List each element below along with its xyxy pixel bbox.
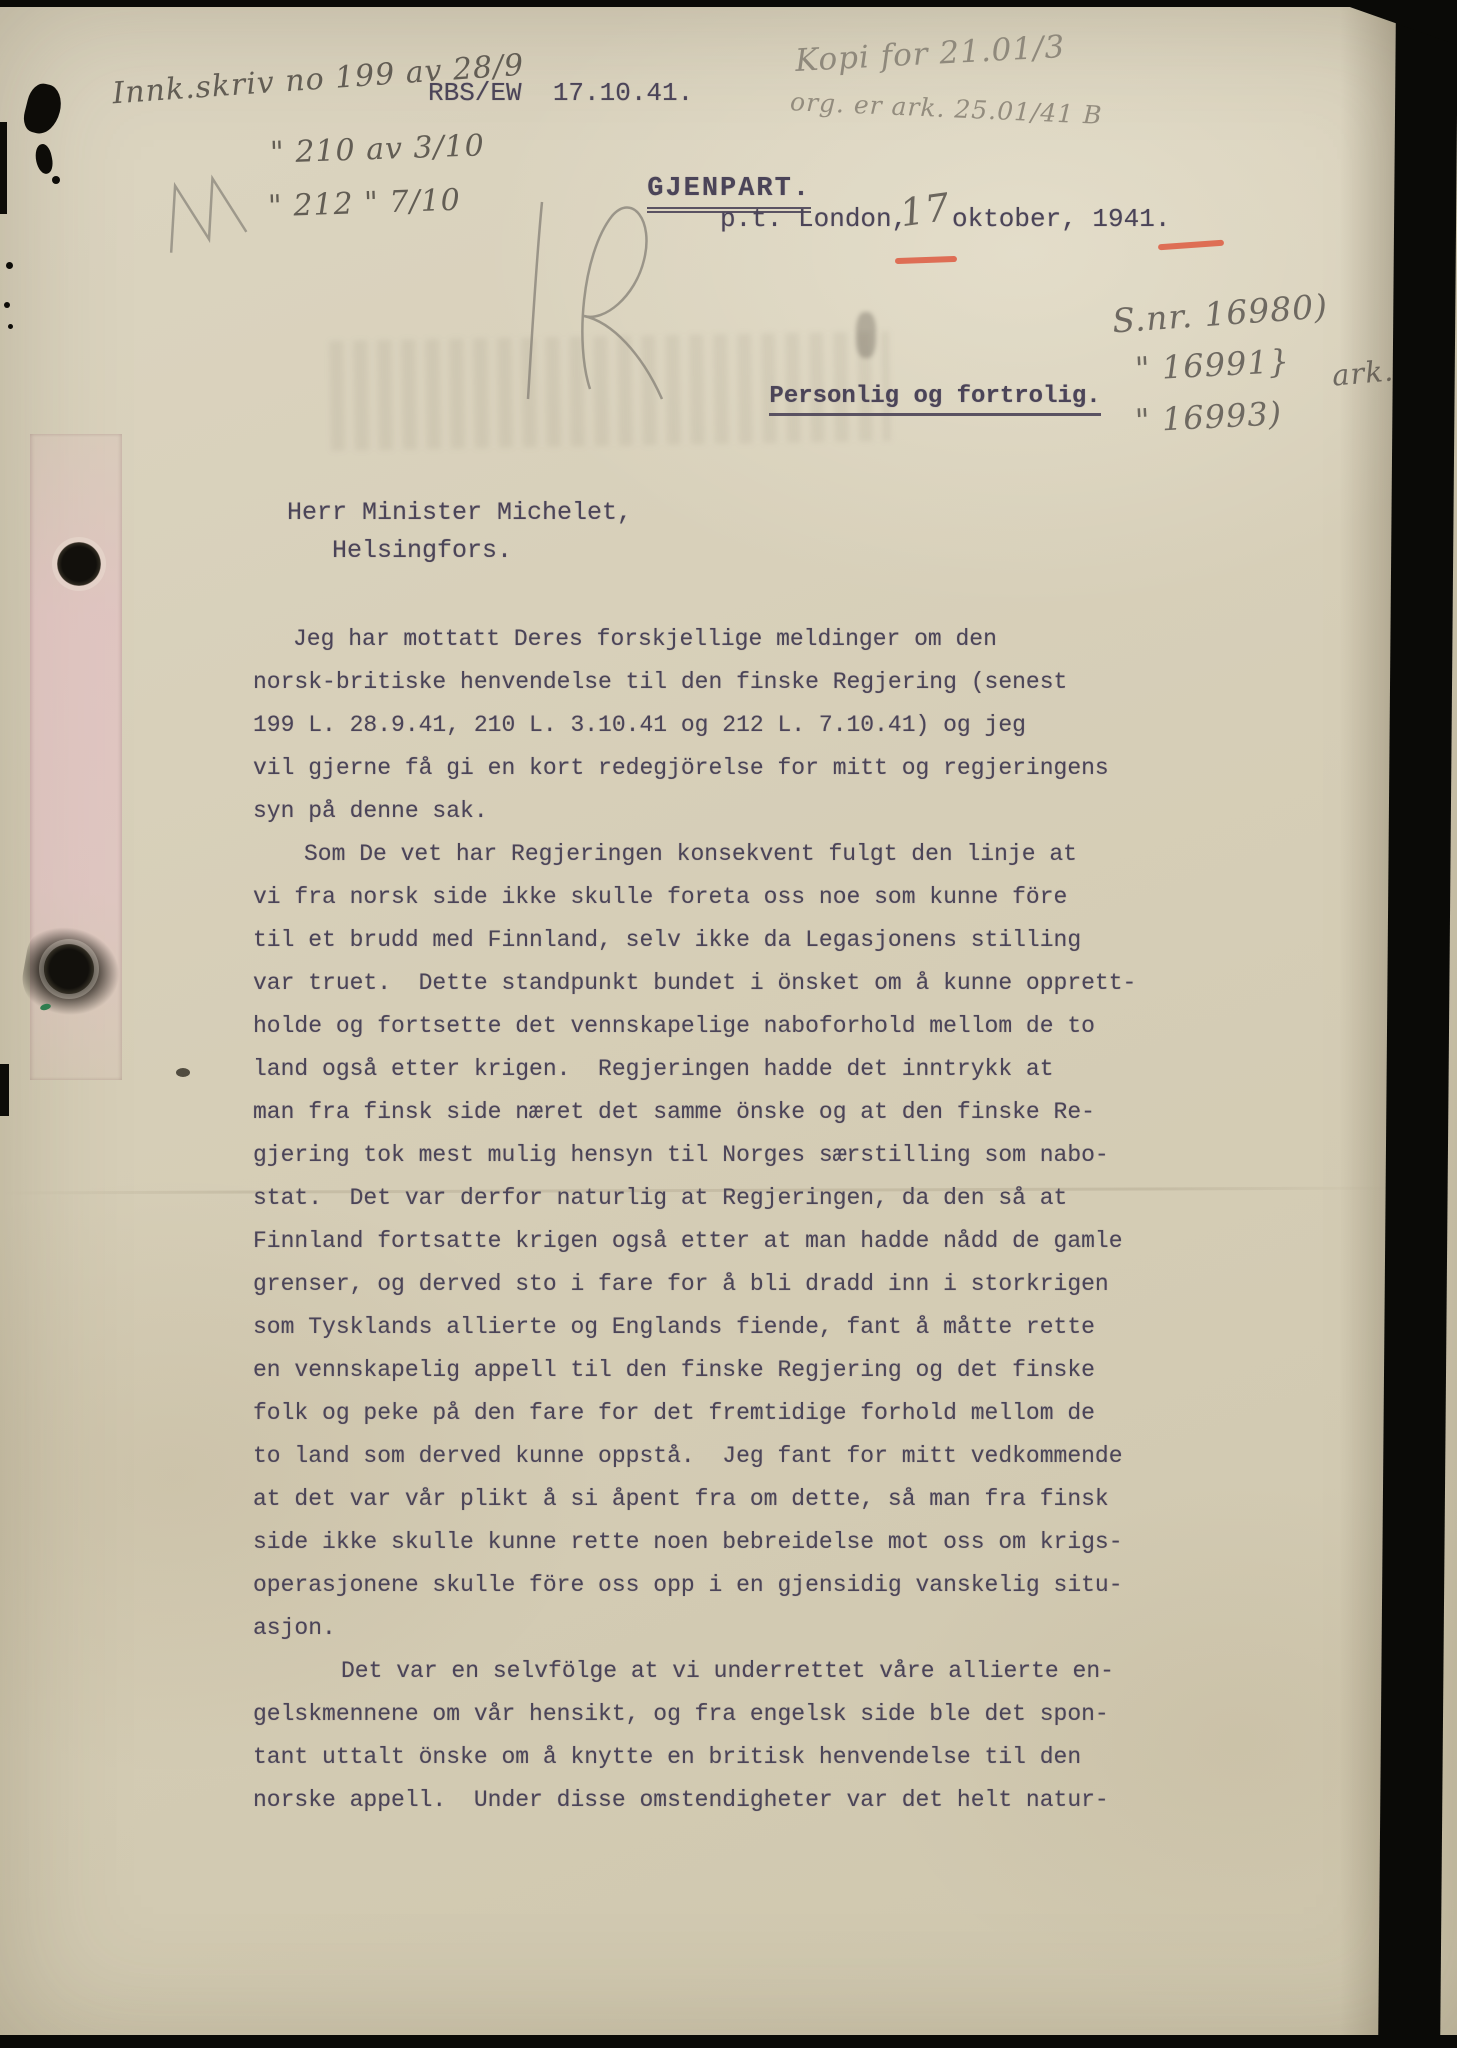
body-line: gelskmennene om vår hensikt, og fra enge… [253, 1693, 1153, 1736]
scan-edge-dot [6, 262, 13, 269]
body-line: man fra finsk side næret det samme önske… [253, 1091, 1153, 1134]
annotation-snr-3: " 16993) [1134, 394, 1283, 440]
body-line: holde og fortsette det vennskapelige nab… [253, 1005, 1153, 1048]
body-line: at det var vår plikt å si åpent fra om d… [253, 1478, 1153, 1521]
handwritten-m-scribble [147, 158, 257, 264]
body-line: en vennskapelig appell til den finske Re… [253, 1349, 1153, 1392]
body-line: side ikke skulle kunne rette noen bebrei… [253, 1521, 1153, 1564]
body-line: stat. Det var derfor naturlig at Regjeri… [253, 1177, 1153, 1220]
scan-artifact-blob [52, 176, 60, 184]
confidential-heading-text: Personlig og fortrolig. [769, 383, 1100, 416]
body-line: Finnland fortsatte krigen også etter at … [253, 1220, 1153, 1263]
punch-hole-top [57, 542, 101, 586]
annotation-incoming-ref-2: " 210 av 3/10 [269, 128, 485, 170]
scan-edge-sliver [0, 122, 7, 214]
body-line: Jeg har mottatt Deres forskjellige meldi… [253, 618, 1153, 661]
body-line: land også etter krigen. Regjeringen hadd… [253, 1048, 1153, 1091]
body-line: Som De vet har Regjeringen konsekvent fu… [253, 833, 1153, 876]
body-line: norske appell. Under disse omstendighete… [253, 1779, 1153, 1822]
body-line: syn på denne sak. [253, 790, 1153, 833]
recipient-name: Herr Minister Michelet, [287, 498, 632, 527]
body-line: til et brudd med Finnland, selv ikke da … [253, 919, 1153, 962]
body-line: asjon. [253, 1607, 1153, 1650]
body-line: tant uttalt önske om å knytte en britisk… [253, 1736, 1153, 1779]
body-line: var truet. Dette standpunkt bundet i öns… [253, 962, 1153, 1005]
scan-edge-dot [4, 302, 10, 308]
annotation-archive-note: org. er ark. 25.01/41 B [790, 87, 1104, 130]
annotation-copy-note: Kopi for 21.01/3 [794, 29, 1066, 79]
body-line: to land som derved kunne oppstå. Jeg fan… [253, 1435, 1153, 1478]
letter-body: Jeg har mottatt Deres forskjellige meldi… [253, 618, 1153, 1822]
confidential-heading: Personlig og fortrolig. [683, 356, 1101, 437]
typed-reference-line: RBS/EW 17.10.41. [428, 78, 693, 108]
paper-sheet: Innk.skriv no 199 av 28/9 " 210 av 3/10 … [0, 6, 1457, 2048]
punch-hole-bottom [44, 944, 94, 994]
scan-background-top [0, 0, 1457, 7]
handwritten-initial-mark [520, 194, 700, 404]
scan-artifact-blob [20, 81, 65, 138]
recipient-city: Helsingfors. [332, 536, 512, 565]
red-underline-year [1158, 240, 1224, 251]
body-line: vil gjerne få gi en kort redegjörelse fo… [253, 747, 1153, 790]
scan-background-bottom [0, 2035, 1457, 2048]
ink-smudge [856, 312, 876, 358]
handwritten-day: 17 [897, 185, 953, 236]
body-line: gjering tok mest mulig hensyn til Norges… [253, 1134, 1153, 1177]
annotation-incoming-ref-3: " 212 " 7/10 [267, 183, 461, 225]
scan-edge-dot [8, 324, 13, 329]
body-line: som Tysklands allierte og Englands fiend… [253, 1306, 1153, 1349]
body-line: 199 L. 28.9.41, 210 L. 3.10.41 og 212 L.… [253, 704, 1153, 747]
annotation-snr-1: S.nr. 16980) [1111, 287, 1329, 341]
red-underline-day [895, 256, 957, 264]
scan-speck [176, 1068, 190, 1077]
body-line: operasjonene skulle före oss opp i en gj… [253, 1564, 1153, 1607]
body-line: norsk-britiske henvendelse til den finsk… [253, 661, 1153, 704]
scanned-letter-page: Innk.skriv no 199 av 28/9 " 210 av 3/10 … [0, 0, 1457, 2048]
annotation-snr-2: " 16991} [1134, 342, 1291, 388]
scan-edge-sliver [0, 1064, 9, 1116]
place-date-suffix: oktober, 1941. [952, 204, 1170, 234]
body-line: Det var en selvfölge at vi underrettet v… [253, 1650, 1153, 1693]
scan-artifact-blob [33, 143, 55, 176]
body-line: folk og peke på den fare for det fremtid… [253, 1392, 1153, 1435]
body-line: vi fra norsk side ikke skulle foreta oss… [253, 876, 1153, 919]
body-line: grenser, og derved sto i fare for å bli … [253, 1263, 1153, 1306]
place-date-prefix: p.t. London, [720, 204, 907, 234]
